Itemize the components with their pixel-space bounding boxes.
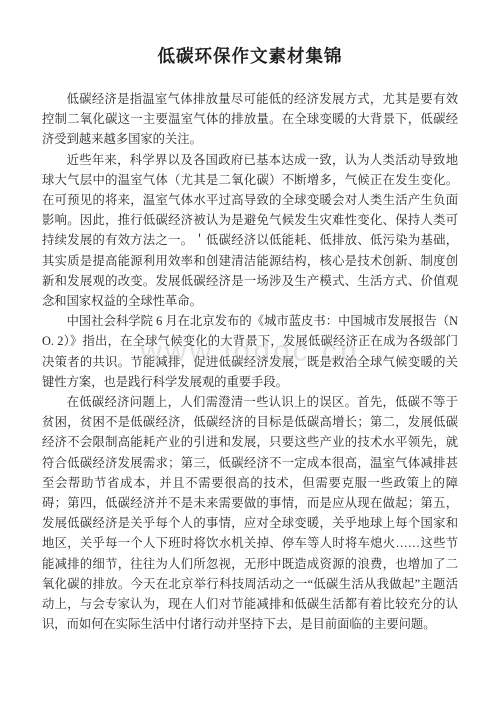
document-title: 低碳环保作文素材集锦 (42, 44, 458, 68)
document-body: 低碳经济是指温室气体排放量尽可能低的经济发展方式，尤其是要有效控制二氧化碳这一主… (42, 89, 458, 634)
paragraph-4: 在低碳经济问题上，人们需澄清一些认识上的误区。首先，低碳不等于贫困，贫困不是低碳… (42, 392, 458, 634)
document-page: 低碳环保作文素材集锦 低碳经济是指温室气体排放量尽可能低的经济发展方式，尤其是要… (0, 0, 500, 708)
paragraph-3: 中国社会科学院 6 月在北京发布的《城市蓝皮书：中国城市发展报告（NO. 2）》… (42, 311, 458, 392)
paragraph-1: 低碳经济是指温室气体排放量尽可能低的经济发展方式，尤其是要有效控制二氧化碳这一主… (42, 89, 458, 150)
paragraph-2: 近些年来，科学界以及各国政府已基本达成一致，认为人类活动导致地球大气层中的温室气… (42, 150, 458, 312)
